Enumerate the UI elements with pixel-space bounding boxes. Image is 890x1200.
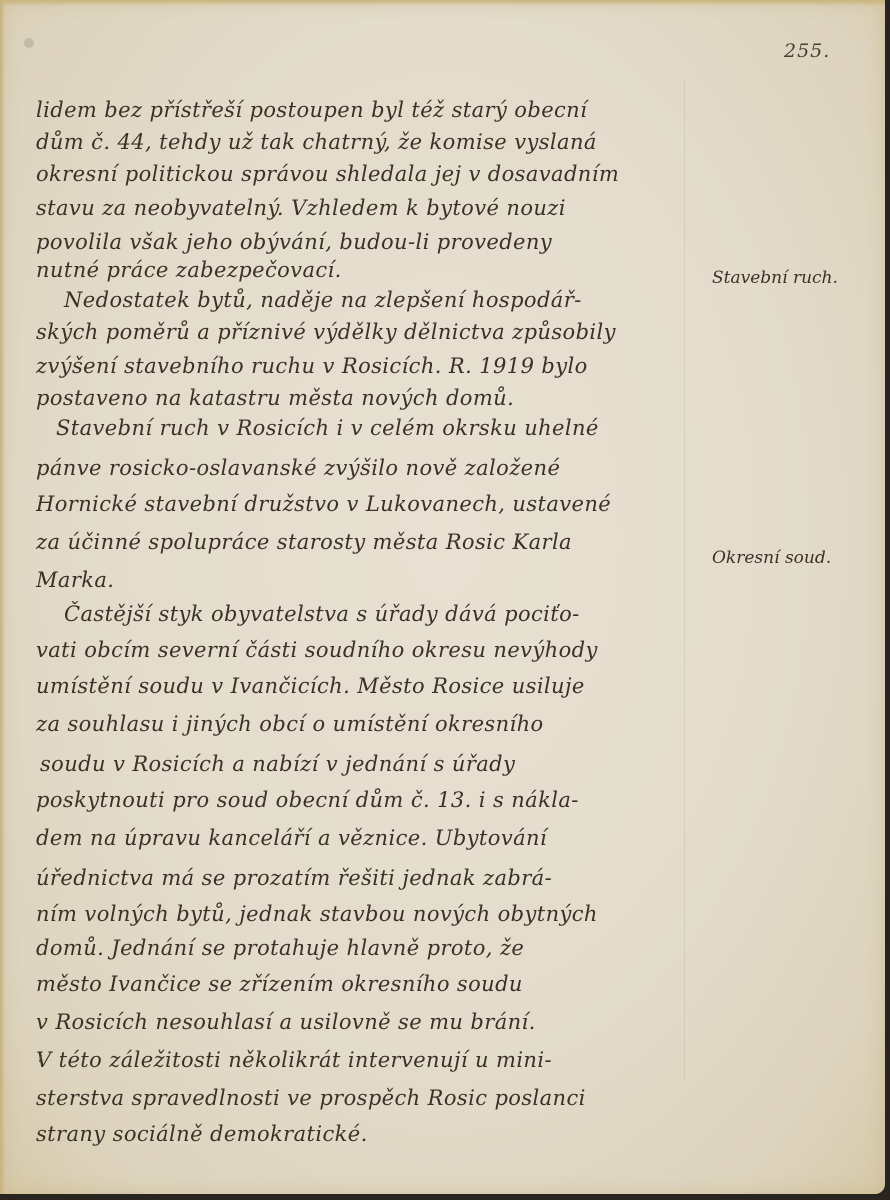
manuscript-line: povolila však jeho obývání, budou-li pro…: [36, 228, 552, 256]
manuscript-line: okresní politickou správou shledala jej …: [36, 160, 619, 188]
manuscript-line: ním volných bytů, jednak stavbou nových …: [36, 900, 598, 928]
manuscript-line: úřednictva má se prozatím řešiti jednak …: [36, 864, 552, 892]
manuscript-line: soudu v Rosicích a nabízí v jednání s úř…: [40, 750, 515, 778]
manuscript-line: Častější styk obyvatelstva s úřady dává …: [64, 600, 580, 628]
margin-note: Okresní soud.: [712, 548, 831, 568]
manuscript-line: zvýšení stavebního ruchu v Rosicích. R. …: [36, 352, 588, 380]
manuscript-line: dům č. 44, tehdy už tak chatrný, že komi…: [36, 128, 597, 156]
manuscript-line: V této záležitosti několikrát intervenuj…: [36, 1046, 552, 1074]
manuscript-line: postaveno na katastru města nových domů.: [36, 384, 514, 412]
background-below-page: [0, 1194, 890, 1200]
page-top-edge: [0, 0, 885, 6]
manuscript-line: Marka.: [36, 566, 114, 594]
margin-note: Stavební ruch.: [712, 268, 838, 288]
manuscript-line: vati obcím severní části soudního okresu…: [36, 636, 598, 664]
manuscript-line: nutné práce zabezpečovací.: [36, 256, 342, 284]
paper-stain: [24, 38, 34, 48]
margin-rule: [684, 80, 685, 1080]
manuscript-line: v Rosicích nesouhlasí a usilovně se mu b…: [36, 1008, 536, 1036]
manuscript-line: umístění soudu v Ivančicích. Město Rosic…: [36, 672, 585, 700]
manuscript-line: Hornické stavební družstvo v Lukovanech,…: [36, 490, 611, 518]
manuscript-line: lidem bez přístřeší postoupen byl též st…: [36, 96, 587, 124]
manuscript-line: Stavební ruch v Rosicích i v celém okrsk…: [56, 414, 599, 442]
manuscript-line: domů. Jednání se protahuje hlavně proto,…: [36, 934, 524, 962]
manuscript-line: město Ivančice se zřízením okresního sou…: [36, 970, 523, 998]
manuscript-line: Nedostatek bytů, naděje na zlepšení hosp…: [64, 286, 582, 314]
manuscript-line: za účinné spolupráce starosty města Rosi…: [36, 528, 572, 556]
manuscript-line: strany sociálně demokratické.: [36, 1120, 368, 1148]
manuscript-line: dem na úpravu kanceláří a věznice. Ubyto…: [36, 824, 547, 852]
manuscript-line: pánve rosicko-oslavanské zvýšilo nově za…: [36, 454, 560, 482]
manuscript-page: 255. lidem bez přístřeší postoupen byl t…: [0, 0, 885, 1194]
manuscript-line: poskytnouti pro soud obecní dům č. 13. i…: [36, 786, 579, 814]
page-number: 255.: [784, 40, 830, 62]
manuscript-line: stavu za neobyvatelný. Vzhledem k bytové…: [36, 194, 566, 222]
manuscript-line: sterstva spravedlnosti ve prospěch Rosic…: [36, 1084, 586, 1112]
manuscript-line: ských poměrů a příznivé výdělky dělnictv…: [36, 318, 616, 346]
page-left-edge: [0, 0, 5, 1194]
manuscript-line: za souhlasu i jiných obcí o umístění okr…: [36, 710, 544, 738]
